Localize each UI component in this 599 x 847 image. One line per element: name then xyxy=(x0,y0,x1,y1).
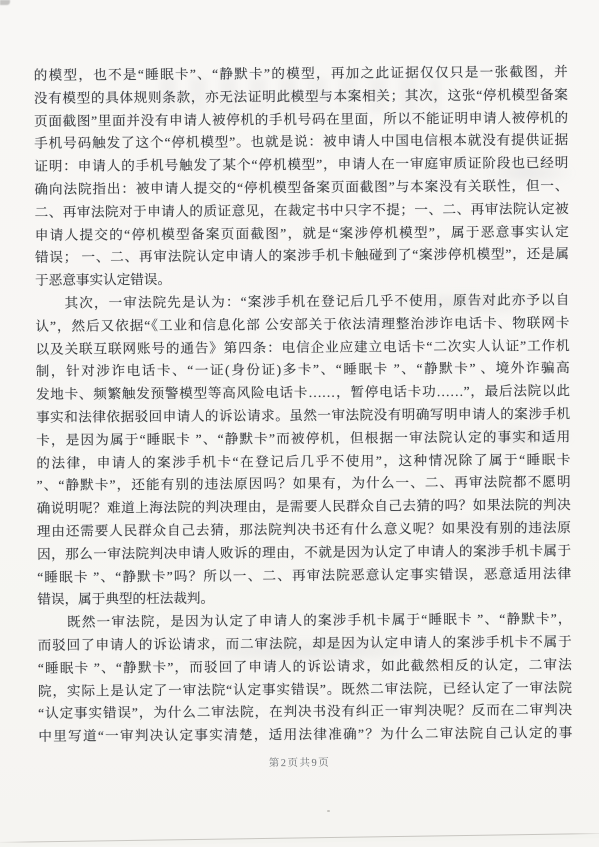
scanned-page: 的模型，也不是“睡眠卡”、“静默卡”的模型，再加之此证据仅仅只是一张截图，并没有… xyxy=(0,0,599,847)
scan-speck xyxy=(327,810,330,812)
page-number: 第2页共9页 xyxy=(0,753,599,772)
text-line: 中里写道“一审判决认定事实清楚，适用法律准确”？为什么二审法院自己认定的事 xyxy=(38,722,572,749)
text-line: 卡，是因为属于“睡眠卡 ”、“静默卡”而被停机，但根据一审法院认定的事实和适用 xyxy=(36,426,570,453)
text-line: “睡眠卡 ”、“静默卡”吗？所以一、二、再审法院恶意认定事实错误，恶意适用法律 xyxy=(37,563,571,590)
document-text: 的模型，也不是“睡眠卡”、“静默卡”的模型，再加之此证据仅仅只是一张截图，并没有… xyxy=(34,61,573,749)
scanner-corner-mark xyxy=(0,0,10,5)
text-line: 二、再审法院对于申请人的质证意见，在裁定书中只字不提；一、二、再审法院认定被 xyxy=(35,198,569,225)
text-line: 理由还需要人民群众自己去猜，那法院判决书还有什么意义呢？如果没有别的违法原 xyxy=(37,517,571,544)
text-line: 其次，一审法院先是认为：“案涉手机在登记后几乎不使用，原告对此亦予以自 xyxy=(35,289,569,316)
text-line: 错误； 一、二、再审法院认定申请人的案涉手机卡触碰到了“案涉停机模型”，还是属 xyxy=(35,244,569,271)
text-line: 认”，然后又依据“《工业和信息化部 公安部关于依法清理整治涉诈电话卡、物联网卡 xyxy=(35,312,569,339)
text-line: “睡眠卡 ”、“静默卡”，而驳回了申请人的诉讼请求，如此截然相反的认定，二审法 xyxy=(38,654,572,681)
text-line: 而驳回了申请人的诉讼请求，而二审法院，却是因为认定申请人的案涉手机卡不属于 xyxy=(38,631,572,658)
text-line: 确向法院指出：被申请人提交的“停机模型备案页面截图”与本案没有关联性，但一、 xyxy=(34,175,568,202)
text-line: 事实和法律依据驳回申请人的诉讼请求。虽然一审法院没有明确写明申请人的案涉手机 xyxy=(36,403,570,430)
text-line: 没有模型的具体规则条款，亦无法证明此模型与本案相关；其次，这张“停机模型备案 xyxy=(34,84,568,111)
text-line: 因，那么一审法院判决申请人败诉的理由，不就是因为认定了申请人的案涉手机卡属于 xyxy=(37,540,571,567)
